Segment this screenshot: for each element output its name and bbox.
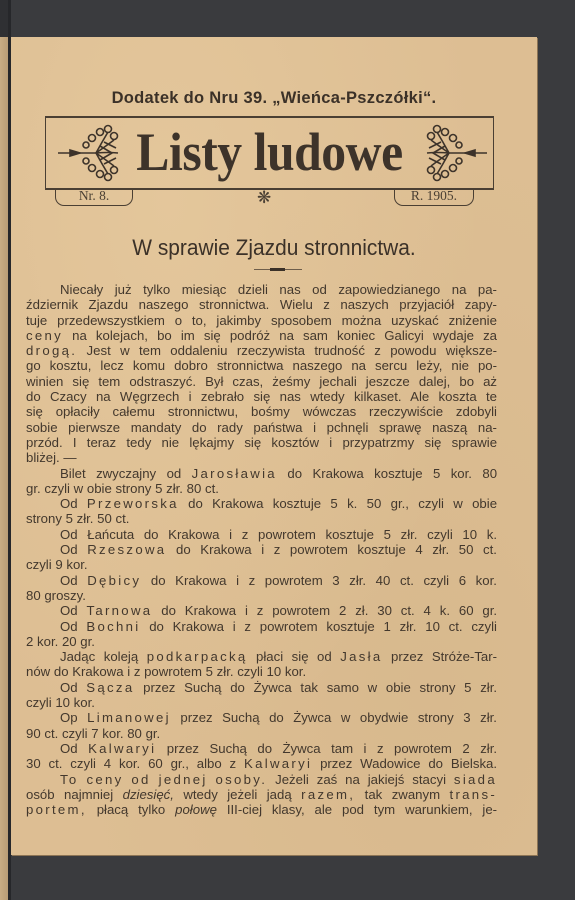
text-line: gr. czyli w obie strony 5 złr. 80 ct. [26,481,497,496]
text-line: Od Bochni do Krakowa i z powrotem kosztu… [26,619,497,634]
title-divider [254,269,302,270]
text-line: tuje przedewszystkiem o to, jakimby spos… [26,313,497,328]
text-line: Niecały już tylko miesiąc dzieli nas od … [26,282,497,297]
text-line: 30 ct. czyli 4 kor. 60 gr., albo z Kalwa… [26,756,497,771]
text-line: Od Rzeszowa do Krakowa i z powrotem kosz… [26,542,497,557]
text-line: Od Przeworska do Krakowa kosztuje 5 k. 5… [26,496,497,511]
article-title: W sprawie Zjazdu stronnictwa. [24,235,524,261]
text-line: portem, płacą tylko połowę III-ciej klas… [26,802,497,817]
text-line: ceny na kolejach, bo im się podróż na sa… [26,328,497,343]
text-line: się opłaciły całemu stronnictwu, bośmy w… [26,404,497,419]
text-line: 90 ct. czyli 7 kor. 80 gr. [26,726,497,741]
text-line: Bilet zwyczajny od Jarosławia do Krakowa… [26,466,497,481]
text-line: winien się tem odstraszyć. Był czas, żeś… [26,374,497,389]
supplement-header: Dodatek do Nru 39. „Wieńca-Pszczółki“. [11,89,537,108]
issue-number: Nr. 8. [55,188,133,206]
text-line: 80 groszy. [26,588,497,603]
text-line: przód. I teraz tedy nie lękajmy się kosz… [26,435,497,450]
text-line: osób najmniej dziesięć, wtedy jeżeli jad… [26,787,497,802]
text-line: go kosztu, lecz komu dobro stronnictwa n… [26,358,497,373]
scroll-ornament-icon [423,122,489,184]
text-line: Od Tarnowa do Krakowa i z powrotem 2 zł.… [26,603,497,618]
text-line: drogą. Jest w tem oddaleniu rzeczywista … [26,343,497,358]
text-line: do Czacy na Węgrzech i zebrało się nas w… [26,389,497,404]
text-line: nów do Krakowa i z powrotem 5 złr. czyli… [26,664,497,679]
text-line: Jadąc koleją podkarpacką płaci się od Ja… [26,649,497,664]
book-binding-edge [0,0,8,900]
text-line: To ceny od jednej osoby. Jeżeli zaś na j… [26,772,497,787]
text-line: czyli 9 kor. [26,557,497,572]
text-line: 2 kor. 20 gr. [26,634,497,649]
text-line: ździernik Zjazdu naszego stronnictwa. Wi… [26,297,497,312]
binding-shadow [0,0,8,37]
text-line: Od Dębicy do Krakowa i z powrotem 3 złr.… [26,573,497,588]
text-line: strony 5 złr. 50 ct. [26,511,497,526]
text-line: Od Sącza przez Suchą do Żywca tak samo w… [26,680,497,695]
text-line: bliżej. — [26,450,497,465]
publication-title: Listy ludowe [64,122,475,182]
text-line: Op Limanowej przez Suchą do Żywca w obyd… [26,710,497,725]
document-page: Dodatek do Nru 39. „Wieńca-Pszczółki“. L… [11,37,537,855]
issue-year: R. 1905. [394,188,474,206]
text-line: czyli 10 kor. [26,695,497,710]
text-line: Od Kalwaryi przez Suchą do Żywca tam i z… [26,741,497,756]
masthead-frame: Listy ludowe [45,116,494,190]
article-body: Niecały już tylko miesiąc dzieli nas od … [26,282,497,817]
flower-ornament-icon: ❋ [257,188,271,208]
text-line: sobie pierwsze mandaty do rady państwa i… [26,420,497,435]
text-line: Od Łańcuta do Krakowa i z powrotem koszt… [26,527,497,542]
